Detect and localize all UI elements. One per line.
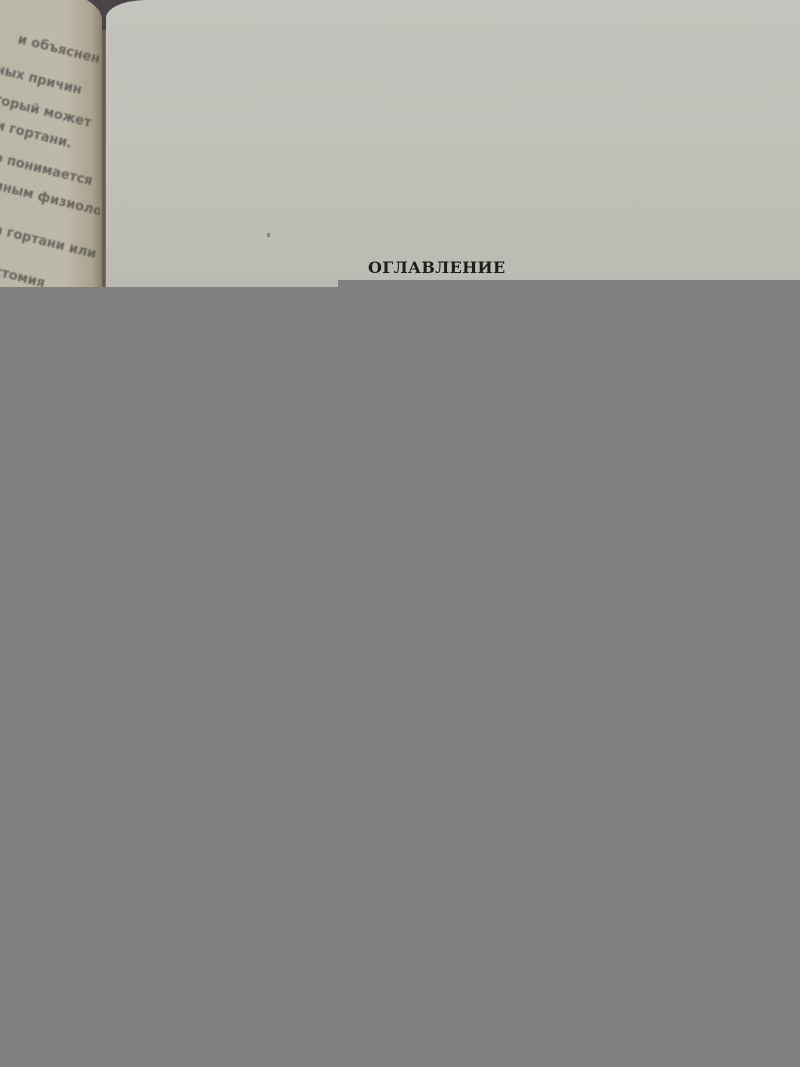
redaction-block [0, 287, 800, 1067]
left-page-line: ных причин [0, 62, 83, 98]
left-page-line: а гортани или [0, 222, 98, 262]
table-of-contents-heading: ОГЛАВЛЕНИЕ [368, 258, 505, 277]
left-page-line: и объяснени [16, 32, 110, 69]
left-page-line: иным физиоло- [0, 178, 109, 221]
right-page [106, 0, 800, 290]
paper-speck [267, 233, 270, 237]
